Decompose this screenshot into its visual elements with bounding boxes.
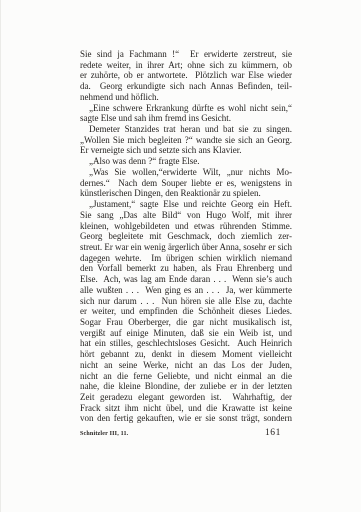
text-line: Sogar Frau Oberberger, die gar nicht mus… xyxy=(80,317,292,328)
text-line: nicht an die ferne Geliebte, und nicht e… xyxy=(80,371,292,382)
text-line: kleinen, wohlgebildeten und etwas rühren… xyxy=(80,221,292,232)
text-line: redete weiter, in ihrer Art; ohne sich z… xyxy=(80,60,292,71)
text-line: künstlerischen Dingen, den Reaktionär zu… xyxy=(80,188,292,199)
text-line: alle wußten . . . Wen ging es an . . . J… xyxy=(80,285,292,296)
text-line: sagte Else und sah ihm fremd ins Gesicht… xyxy=(80,113,292,124)
text-line: „Also was denn ?“ fragte Else. xyxy=(80,156,292,167)
text-line: Zeit geradezu elegant geworden ist. Wahr… xyxy=(80,392,292,403)
text-line: nehmend und höflich. xyxy=(80,92,292,103)
page-footer: Schnitzler III, 11. 161 xyxy=(80,428,292,438)
page-number: 161 xyxy=(265,428,292,438)
text-line: Sie sind ja Fachmann !“ Er erwiderte zer… xyxy=(80,49,292,60)
text-line: sich nur darum . . . Nun hören sie alle … xyxy=(80,296,292,307)
text-line: „Was Sie wollen,“erwiderte Wilt, „nur ni… xyxy=(80,167,292,178)
text-line: er zuhörte, ob er antwortete. Plötzlich … xyxy=(80,70,292,81)
text-line: hat ein stilles, geschlechtsloses Gesich… xyxy=(80,338,292,349)
text-line: „Eine schwere Erkrankung dürfte es wohl … xyxy=(80,103,292,114)
text-block: Sie sind ja Fachmann !“ Er erwiderte zer… xyxy=(80,49,292,424)
text-line: dagegen wehrte. Im übrigen schien wirkli… xyxy=(80,253,292,264)
text-line: hört gebannt zu, denkt in diesem Moment … xyxy=(80,349,292,360)
book-page-scan: { "colors": { "paper": "#fcfcfb", "ink":… xyxy=(0,0,361,512)
printer-signature-mark: Schnitzler III, 11. xyxy=(80,431,128,437)
text-line: dernes.“ Nach dem Souper liebte er es, w… xyxy=(80,178,292,189)
text-line: Else. Ach, was lag am Ende daran . . . W… xyxy=(80,274,292,285)
text-line: von den fertig gekauften, wie er sie son… xyxy=(80,413,292,424)
text-line: vergißt auf einige Minuten, daß sie ein … xyxy=(80,328,292,339)
text-line: Georg begleitete mit Geschmack, doch zie… xyxy=(80,231,292,242)
text-line: „Justament,“ sagte Else und reichte Geor… xyxy=(80,199,292,210)
text-line: Sie sang „Das alte Bild“ von Hugo Wolf, … xyxy=(80,210,292,221)
text-line: da. Georg erkundigte sich nach Annas Bef… xyxy=(80,81,292,92)
text-line: Er verneigte sich und setzte sich ans Kl… xyxy=(80,145,292,156)
text-line: nahe, die kleine Blondine, der zuliebe e… xyxy=(80,381,292,392)
text-line: nicht an seine Werke, nicht an das Los d… xyxy=(80,360,292,371)
text-line: den Vorfall bemerkt zu haben, als Frau E… xyxy=(80,263,292,274)
text-line: er weiter, und empfinden die Schönheit d… xyxy=(80,306,292,317)
text-line: Frack sitzt ihm nicht übel, und die Kraw… xyxy=(80,403,292,414)
scan-edge-artifact xyxy=(0,0,1,512)
text-line: Demeter Stanzides trat heran und bat sie… xyxy=(80,124,292,135)
text-line: „Wollen Sie mich begleiten ?“ wandte sie… xyxy=(80,135,292,146)
text-line: streut. Er war ein wenig ärgerlich über … xyxy=(80,242,292,253)
